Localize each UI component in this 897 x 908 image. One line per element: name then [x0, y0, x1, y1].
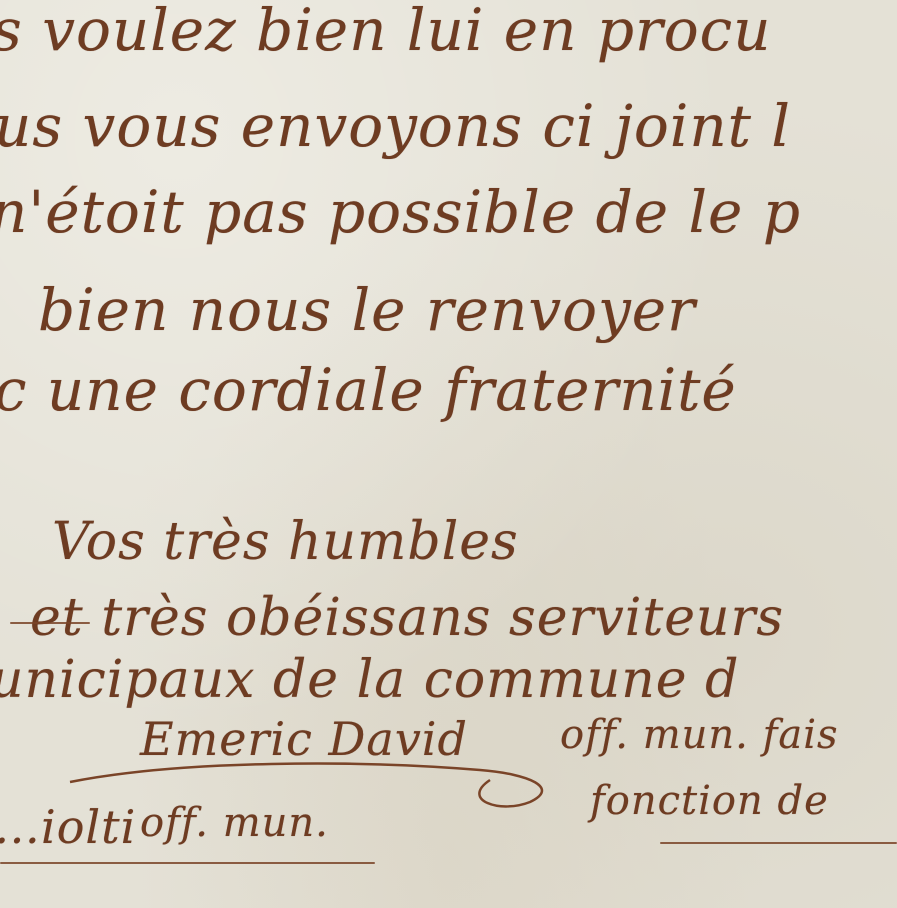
signature-second: …iolti — [0, 800, 136, 854]
letter-page: s voulez bien lui en procu us vous envoy… — [0, 0, 897, 908]
closing-line-2: et très obéissans serviteurs — [30, 588, 784, 648]
signature-second-title: off. mun. — [140, 800, 329, 846]
signature-underline — [0, 862, 375, 864]
signature-title-line2: fonction de — [590, 778, 829, 824]
closing-line-3: unicipaux de la commune d — [0, 650, 739, 710]
signature-title: off. mun. fais — [560, 712, 839, 758]
body-line-1: s voulez bien lui en procu — [0, 0, 772, 64]
body-line-3: n'étoit pas possible de le p — [0, 178, 801, 246]
closing-line-1: Vos très humbles — [52, 512, 519, 572]
body-line-4: bien nous le renvoyer — [38, 276, 696, 344]
body-line-5: c une cordiale fraternité — [0, 356, 737, 424]
right-underline — [660, 842, 897, 844]
body-line-2: us vous envoyons ci joint l — [0, 92, 791, 160]
strike-line — [10, 622, 90, 624]
